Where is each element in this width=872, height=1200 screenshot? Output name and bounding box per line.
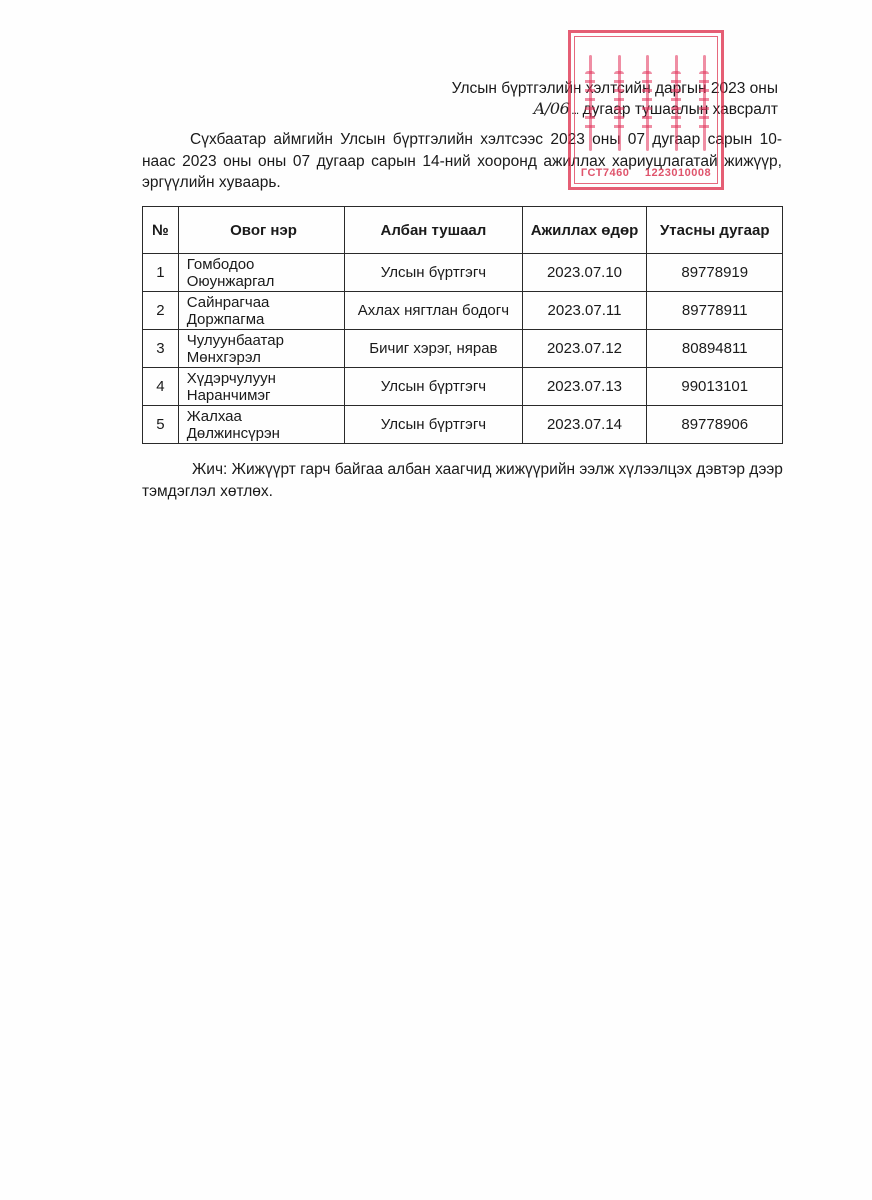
cell-no: 3 — [143, 330, 179, 368]
header-date: Ажиллах өдөр — [522, 207, 647, 254]
header-phone: Утасны дугаар — [647, 207, 783, 254]
appendix-line-2-text: дугаар тушаалын хавсралт — [583, 101, 778, 118]
cell-name: СайнрагчааДоржпагма — [178, 292, 345, 330]
cell-phone: 80894811 — [647, 330, 783, 368]
header-no: № — [143, 207, 179, 254]
table-row: 4ХүдэрчулуунНаранчимэгУлсын бүртгэгч2023… — [143, 368, 783, 406]
cell-phone: 89778911 — [647, 292, 783, 330]
appendix-header: Улсын бүртгэлийн хэлтсийн даргын 2023 он… — [452, 79, 778, 120]
note-paragraph: Жич: Жижүүрт гарч байгаа албан хаагчид ж… — [142, 459, 792, 503]
appendix-line-1: Улсын бүртгэлийн хэлтсийн даргын 2023 он… — [452, 79, 778, 99]
cell-given-name: Доржпагма — [187, 311, 341, 328]
table-row: 3ЧулуунбаатарМөнхгэрэлБичиг хэрэг, нярав… — [143, 330, 783, 368]
cell-no: 4 — [143, 368, 179, 406]
cell-position: Ахлах нягтлан бодогч — [345, 292, 522, 330]
cell-position: Улсын бүртгэгч — [345, 406, 522, 444]
table-header-row: № Овог нэр Албан тушаал Ажиллах өдөр Ута… — [143, 207, 783, 254]
cell-surname: Чулуунбаатар — [187, 332, 341, 349]
cell-date: 2023.07.11 — [522, 292, 647, 330]
cell-position: Улсын бүртгэгч — [345, 254, 522, 292]
cell-date: 2023.07.14 — [522, 406, 647, 444]
cell-given-name: Дөлжинсүрэн — [187, 425, 341, 442]
cell-name: ЖалхааДөлжинсүрэн — [178, 406, 345, 444]
duty-schedule-table: № Овог нэр Албан тушаал Ажиллах өдөр Ута… — [142, 206, 783, 444]
cell-given-name: Наранчимэг — [187, 387, 341, 404]
cell-date: 2023.07.13 — [522, 368, 647, 406]
cell-surname: Гомбодоо — [187, 256, 341, 273]
cell-phone: 89778919 — [647, 254, 783, 292]
table-row: 1ГомбодооОюунжаргалУлсын бүртгэгч2023.07… — [143, 254, 783, 292]
cell-position: Бичиг хэрэг, нярав — [345, 330, 522, 368]
header-position: Албан тушаал — [345, 207, 522, 254]
cell-given-name: Мөнхгэрэл — [187, 349, 341, 366]
cell-date: 2023.07.12 — [522, 330, 647, 368]
table-row: 5ЖалхааДөлжинсүрэнУлсын бүртгэгч2023.07.… — [143, 406, 783, 444]
cell-name: ЧулуунбаатарМөнхгэрэл — [178, 330, 345, 368]
table-row: 2СайнрагчааДоржпагмаАхлах нягтлан бодогч… — [143, 292, 783, 330]
header-name: Овог нэр — [178, 207, 345, 254]
cell-surname: Жалхаа — [187, 408, 341, 425]
document-page: Улсын бүртгэлийн хэлтсийн даргын 2023 он… — [0, 0, 872, 1200]
cell-name: ГомбодооОюунжаргал — [178, 254, 345, 292]
cell-no: 5 — [143, 406, 179, 444]
cell-date: 2023.07.10 — [522, 254, 647, 292]
cell-name: ХүдэрчулуунНаранчимэг — [178, 368, 345, 406]
cell-surname: Сайнрагчаа — [187, 294, 341, 311]
order-number-dots: ... — [571, 103, 578, 117]
cell-phone: 99013101 — [647, 368, 783, 406]
cell-position: Улсын бүртгэгч — [345, 368, 522, 406]
cell-no: 2 — [143, 292, 179, 330]
cell-phone: 89778906 — [647, 406, 783, 444]
appendix-line-2: А/06... дугаар тушаалын хавсралт — [452, 99, 778, 120]
intro-paragraph: Сүхбаатар аймгийн Улсын бүртгэлийн хэлтс… — [142, 129, 782, 194]
order-number-handwritten: А/06 — [533, 99, 569, 118]
cell-no: 1 — [143, 254, 179, 292]
cell-surname: Хүдэрчулуун — [187, 370, 341, 387]
cell-given-name: Оюунжаргал — [187, 273, 341, 290]
